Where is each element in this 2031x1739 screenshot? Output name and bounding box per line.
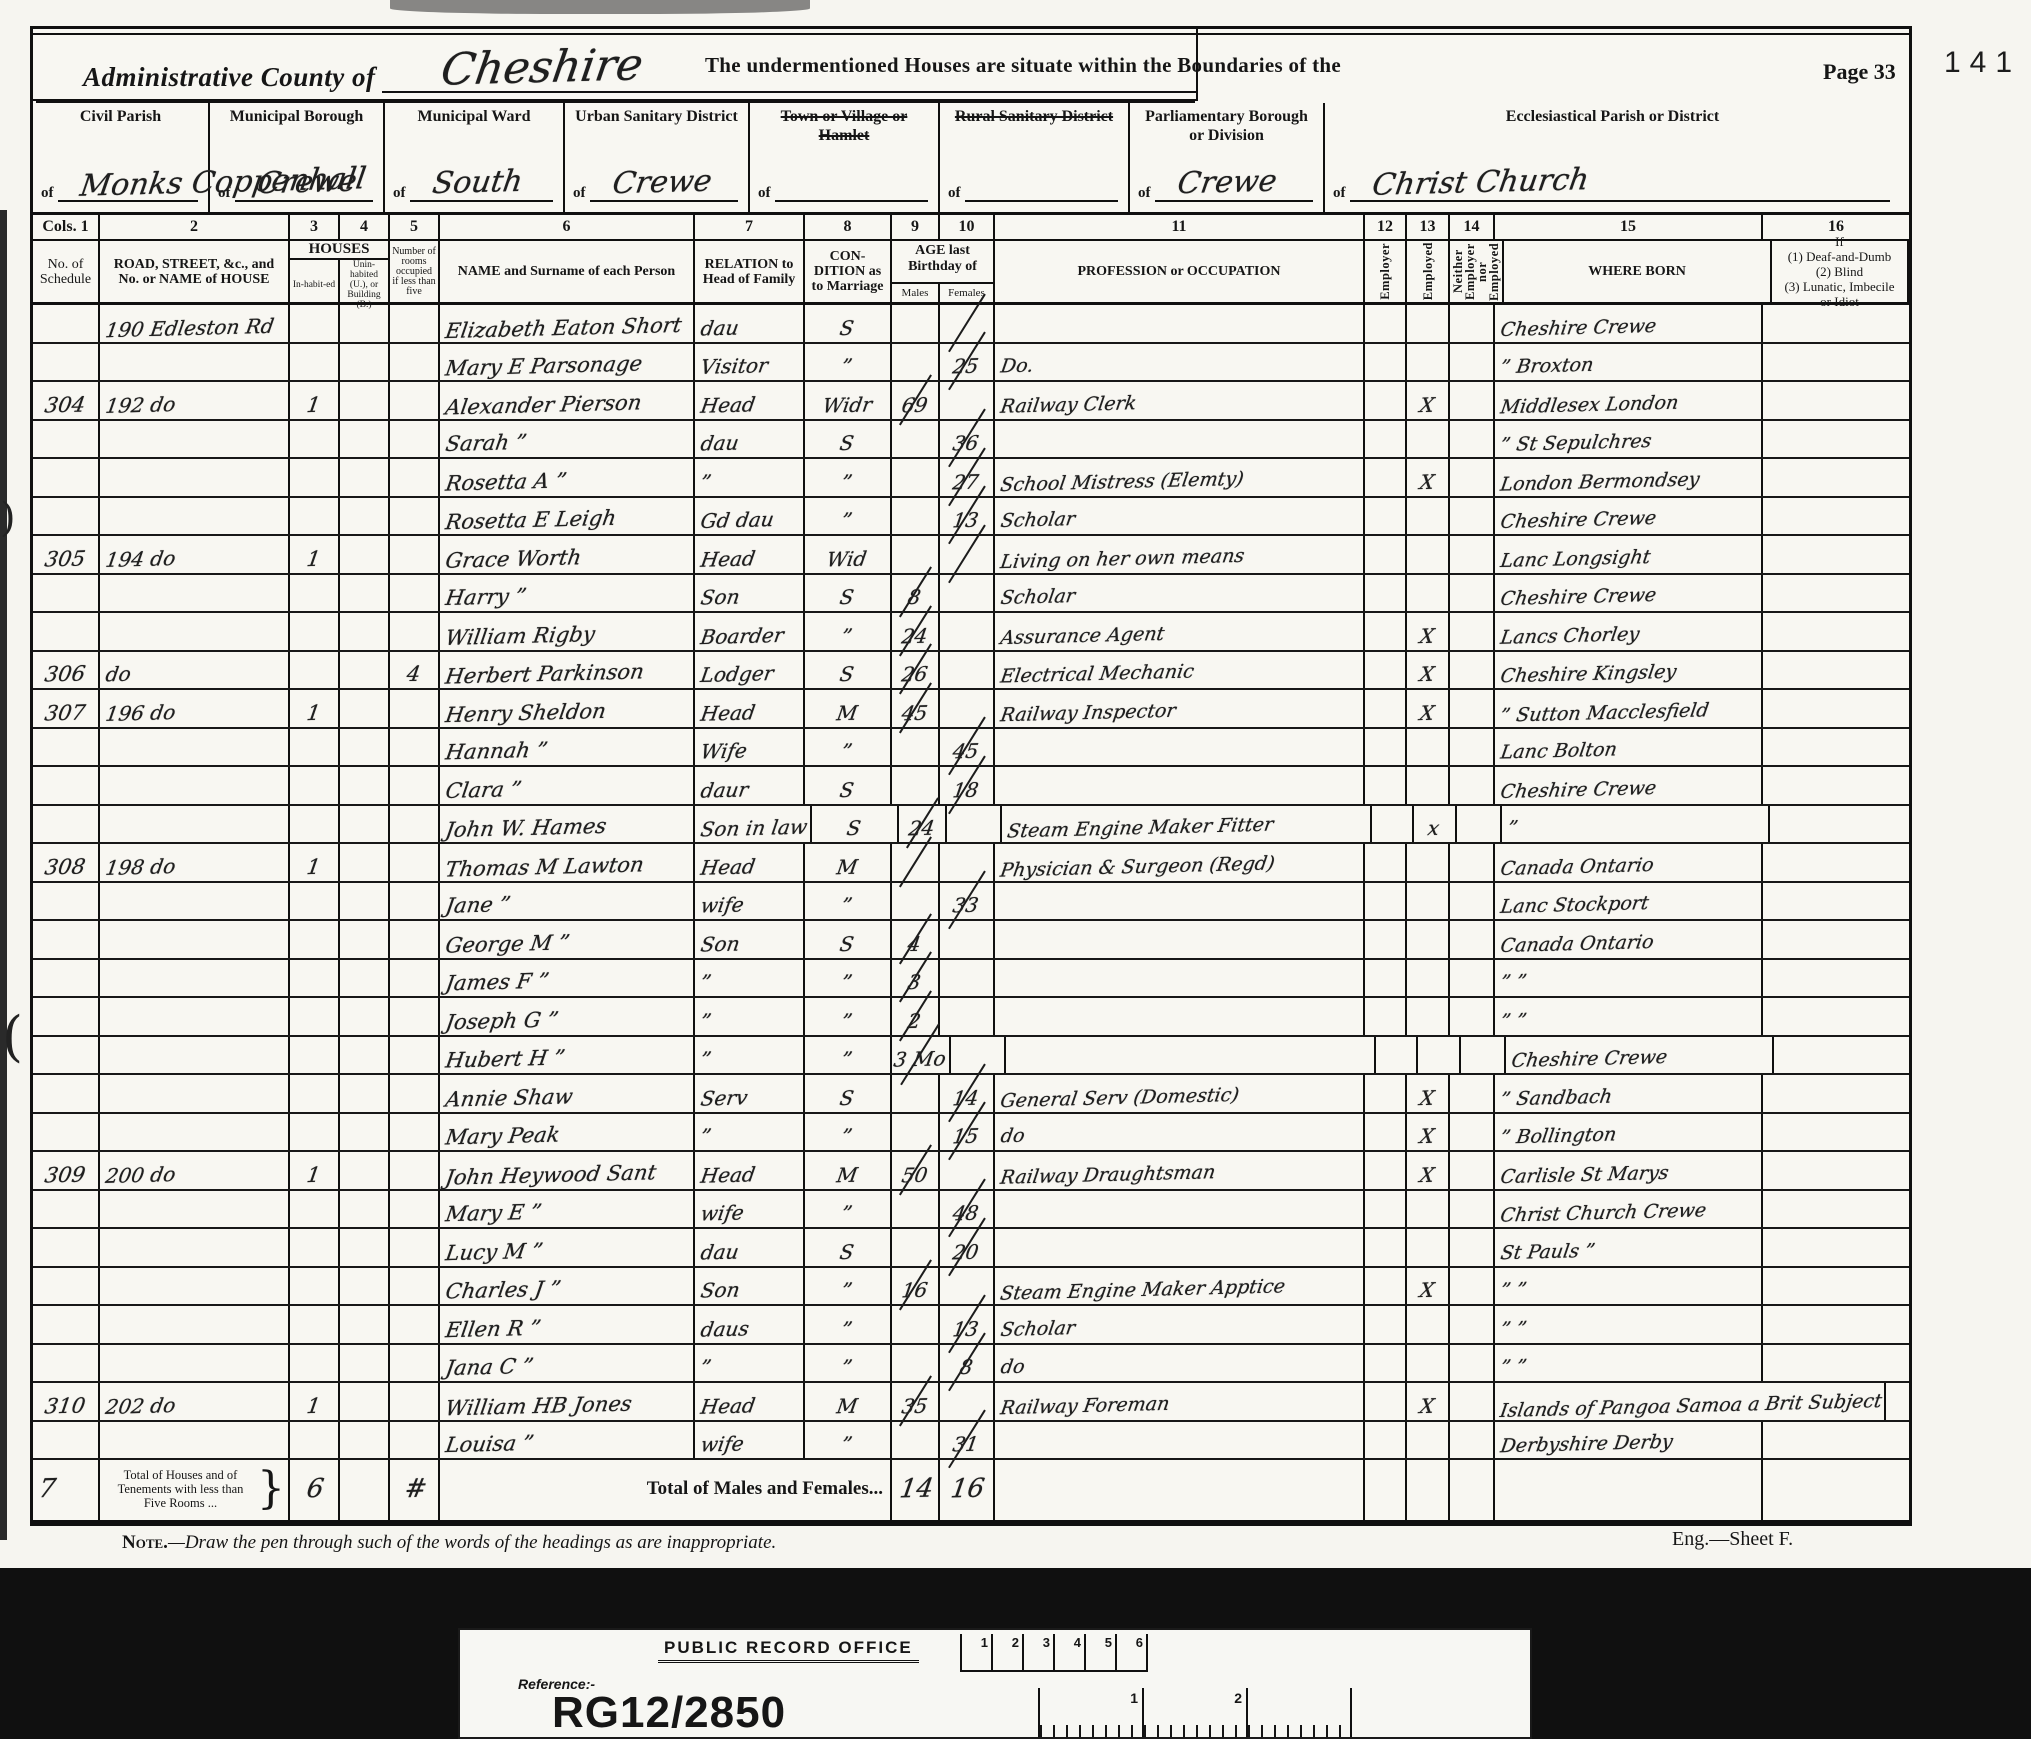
district-value: South [430, 164, 525, 201]
cell-emp [1365, 767, 1407, 804]
cell-f: 15 [940, 1114, 995, 1151]
table-row: 308198 do1Thomas M LawtonHeadMPhysician … [33, 844, 1909, 883]
cell-rel: Boarder [695, 613, 805, 650]
cell-occ: General Serv (Domestic) [995, 1075, 1365, 1112]
cell-emp [1365, 1075, 1407, 1112]
cell-born: Cheshire Crewe [1495, 575, 1763, 612]
col-header-infirmities: If (1) Deaf-and-Dumb (2) Blind (3) Lunat… [1772, 241, 1909, 302]
cell-unin [340, 613, 390, 650]
cell-rel: Head [695, 382, 805, 419]
cell-occ [995, 883, 1365, 920]
cell-born: Canada Ontario [1495, 844, 1763, 881]
cell-road: 192 do [100, 382, 290, 419]
col-header-rooms: Number of rooms occupied if less than fi… [390, 241, 440, 302]
cell-rooms [390, 459, 440, 496]
cell-cond: ” [805, 498, 892, 535]
cell-cond: M [805, 844, 892, 881]
cell-nei [1450, 305, 1495, 342]
cell-rel: Son [695, 575, 805, 612]
ruler-cell: 2 [1144, 1688, 1248, 1737]
table-row: Lucy M ”dauS20St Pauls ” [33, 1229, 1909, 1268]
cell-nei [1450, 1306, 1495, 1343]
cell-rooms [390, 767, 440, 804]
cell-rel: wife [695, 1191, 805, 1228]
cell-emp [1365, 1306, 1407, 1343]
cell-rel: Son [695, 1268, 805, 1305]
cell-unin [340, 498, 390, 535]
col-header-employed: Employed [1407, 241, 1450, 302]
table-row: Harry ”SonS8ScholarCheshire Crewe [33, 575, 1909, 614]
col-number: 6 [440, 215, 695, 239]
cell-unin [340, 1383, 390, 1420]
cell-m [892, 1114, 940, 1151]
totals-inhabited: 6 [290, 1460, 340, 1520]
cell-nei [1450, 729, 1495, 766]
totals-houses-label: Total of Houses and of Tenements with le… [100, 1460, 290, 1520]
cell-emp [1365, 421, 1407, 458]
cell-f [940, 305, 995, 342]
district-label: Rural Sanitary District [940, 107, 1128, 126]
cell-empd: X [1407, 652, 1450, 689]
cell-cond: S [805, 421, 892, 458]
cell-inh: 1 [290, 690, 340, 727]
cell-rooms [390, 575, 440, 612]
cell-f [940, 613, 995, 650]
cell-emp [1372, 806, 1414, 843]
cell-rel: ” [695, 1037, 805, 1074]
district-label: Civil Parish [33, 107, 208, 126]
cell-empd [1407, 998, 1450, 1035]
cell-inf [1763, 498, 1909, 535]
cell-inh: 1 [290, 1383, 340, 1420]
sheet-label: Eng.—Sheet F. [1672, 1528, 1793, 1551]
cell-empd [1407, 767, 1450, 804]
cell-empd [1407, 1306, 1450, 1343]
cell-inh [290, 305, 340, 342]
cell-road [100, 1075, 290, 1112]
cell-m [892, 767, 940, 804]
cell-m [892, 1075, 940, 1112]
cell-nei [1450, 1114, 1495, 1151]
cell-occ [995, 1191, 1365, 1228]
cell-inh [290, 652, 340, 689]
ruler-cell: 4 [1055, 1634, 1086, 1672]
cell-cond: ” [805, 1037, 892, 1074]
cell-inh [290, 960, 340, 997]
table-row: 304192 do1Alexander PiersonHeadWidr69Rai… [33, 382, 1909, 421]
cell-rel: dau [695, 305, 805, 342]
cell-nei [1450, 613, 1495, 650]
cell-inf [1763, 459, 1909, 496]
cell-occ: Railway Foreman [995, 1383, 1365, 1420]
cell-road [100, 459, 290, 496]
district-field: Civil ParishofMonks Coppenhall [33, 103, 210, 212]
cell-m [892, 1422, 940, 1459]
footer-note: Note.—Draw the pen through such of the w… [122, 1532, 776, 1554]
col-header-schedule: No. of Schedule [33, 241, 100, 302]
cell-rooms [390, 1229, 440, 1266]
cell-inf [1763, 998, 1909, 1035]
cell-name: Elizabeth Eaton Short [440, 305, 695, 342]
cell-rel: wife [695, 1422, 805, 1459]
district-value: Crewe [255, 164, 359, 202]
cell-occ [995, 305, 1365, 342]
cell-inh [290, 344, 340, 381]
cell-empd: x [1414, 806, 1457, 843]
cell-road [100, 575, 290, 612]
district-label: Municipal Borough [210, 107, 383, 126]
district-field: Ecclesiastical Parish or DistrictofChris… [1325, 103, 1900, 212]
district-field: Urban Sanitary DistrictofCrewe [565, 103, 750, 212]
cell-rooms [390, 1345, 440, 1382]
table-row: 307196 do1Henry SheldonHeadM45Railway In… [33, 690, 1909, 729]
cell-road [100, 883, 290, 920]
cell-name: George M ” [440, 921, 695, 958]
cell-empd: X [1407, 1075, 1450, 1112]
cell-name: Rosetta A ” [440, 459, 695, 496]
col-header-born: WHERE BORN [1504, 241, 1772, 302]
boundaries-text: The undermentioned Houses are situate wi… [705, 53, 1385, 78]
cell-name: Henry Sheldon [440, 690, 695, 727]
ruler-cell [1248, 1688, 1352, 1737]
cell-m [892, 1191, 940, 1228]
cell-inh [290, 883, 340, 920]
cell-m: 26 [892, 652, 940, 689]
col-header-uninhabited: Unin-habited (U.), or Building (B.) [340, 260, 388, 310]
cell-rooms [390, 344, 440, 381]
cell-inh [290, 575, 340, 612]
cell-sch [33, 998, 100, 1035]
cell-cond: Widr [805, 382, 892, 419]
table-row: 306do4Herbert ParkinsonLodgerS26Electric… [33, 652, 1909, 691]
totals-rooms: # [390, 1460, 440, 1520]
cell-occ [995, 1422, 1365, 1459]
cell-sch: 308 [33, 844, 100, 881]
cell-unin [340, 921, 390, 958]
cell-rel: Wife [695, 729, 805, 766]
district-field: Parliamentary Borough or DivisionofCrewe [1130, 103, 1325, 212]
cell-f: 20 [940, 1229, 995, 1266]
cell-unin [340, 806, 390, 843]
cell-empd [1407, 575, 1450, 612]
ruler-cell: 2 [993, 1634, 1024, 1672]
cell-empd [1407, 305, 1450, 342]
cell-nei [1450, 652, 1495, 689]
cell-empd [1407, 1345, 1450, 1382]
cell-unin [340, 382, 390, 419]
cell-inf [1763, 844, 1909, 881]
col-number: 7 [695, 215, 805, 239]
cell-unin [340, 1345, 390, 1382]
cell-unin [340, 844, 390, 881]
cell-f [940, 1152, 995, 1189]
cell-emp [1365, 1268, 1407, 1305]
district-field: Town or Village or Hamletof [750, 103, 940, 212]
cell-emp [1365, 1229, 1407, 1266]
cell-cond: S [805, 1075, 892, 1112]
cell-rel: Lodger [695, 652, 805, 689]
cell-emp [1365, 652, 1407, 689]
cell-emp [1365, 960, 1407, 997]
cell-unin [340, 998, 390, 1035]
cell-born: Canada Ontario [1495, 921, 1763, 958]
cell-rel: Son [695, 921, 805, 958]
cell-name: Louisa ” [440, 1422, 695, 1459]
cell-occ: Railway Inspector [995, 690, 1365, 727]
cell-born: Cheshire Crewe [1495, 767, 1763, 804]
cell-inh [290, 729, 340, 766]
cell-nei [1450, 536, 1495, 573]
cell-inh [290, 1037, 340, 1074]
cell-m [892, 844, 940, 881]
cell-inh [290, 498, 340, 535]
cell-name: Clara ” [440, 767, 695, 804]
cell-f: 31 [940, 1422, 995, 1459]
ruler-scale-bottom: 12 [1038, 1688, 1352, 1737]
district-label: Municipal Ward [385, 107, 563, 126]
cell-nei [1450, 921, 1495, 958]
cell-sch [33, 960, 100, 997]
cell-unin [340, 459, 390, 496]
table-row: Joseph G ”””2” ” [33, 998, 1909, 1037]
ruler-cell: 3 [1024, 1634, 1055, 1672]
cell-rooms [390, 844, 440, 881]
cell-rooms [390, 421, 440, 458]
cell-emp [1365, 844, 1407, 881]
table-row: Mary Peak””15doX” Bollington [33, 1114, 1909, 1153]
cell-sch [33, 498, 100, 535]
cell-road [100, 1345, 290, 1382]
cell-sch: 309 [33, 1152, 100, 1189]
cell-m [892, 729, 940, 766]
cell-unin [340, 1191, 390, 1228]
cell-inf [1763, 421, 1909, 458]
district-value: Crewe [1175, 164, 1279, 202]
cell-rel: Gd dau [695, 498, 805, 535]
cell-occ: Do. [995, 344, 1365, 381]
cell-occ: Steam Engine Maker Fitter [1002, 806, 1372, 843]
cell-unin [340, 1306, 390, 1343]
cell-rel: ” [695, 960, 805, 997]
cell-inh [290, 1075, 340, 1112]
cell-born: ” ” [1495, 960, 1763, 997]
cell-unin [340, 1422, 390, 1459]
cell-inf [1763, 1075, 1909, 1112]
cell-road [100, 960, 290, 997]
form-frame: Administrative County of Cheshire The un… [30, 26, 1912, 1526]
cell-empd [1407, 921, 1450, 958]
scan-mark-artifact: ) [0, 495, 16, 541]
cell-emp [1365, 382, 1407, 419]
table-row: Louisa ”wife”31Derbyshire Derby [33, 1422, 1909, 1461]
cell-born: Cheshire Crewe [1495, 305, 1763, 342]
table-row: Sarah ”dauS36” St Sepulchres [33, 421, 1909, 460]
cell-sch: 305 [33, 536, 100, 573]
cell-occ: Physician & Surgeon (Regd) [995, 844, 1365, 881]
cell-cond: S [805, 652, 892, 689]
cell-rel: daus [695, 1306, 805, 1343]
totals-males-females-label: Total of Males and Females... [440, 1460, 892, 1520]
cell-rel: Head [695, 536, 805, 573]
cell-born: Carlisle St Marys [1495, 1152, 1763, 1189]
cell-born: ” ” [1495, 1345, 1763, 1382]
table-row: 305194 do1Grace WorthHeadWidLiving on he… [33, 536, 1909, 575]
cell-sch [33, 1229, 100, 1266]
cell-inf [1763, 575, 1909, 612]
table-row: Jana C ”””8do” ” [33, 1345, 1909, 1384]
cell-unin [340, 883, 390, 920]
column-headers-row: No. of Schedule ROAD, STREET, &c., and N… [33, 241, 1909, 305]
cell-rel: dau [695, 1229, 805, 1266]
cell-sch [33, 767, 100, 804]
cell-rooms [390, 1191, 440, 1228]
cell-born: Cheshire Crewe [1506, 1037, 1774, 1074]
cell-inh [290, 1422, 340, 1459]
cell-sch [33, 1422, 100, 1459]
cell-born: ” [1502, 806, 1770, 843]
col-header-houses: HOUSES In-habit-ed Unin-habited (U.), or… [290, 241, 390, 302]
cell-sch [33, 729, 100, 766]
cell-rooms [390, 613, 440, 650]
cell-nei [1450, 1268, 1495, 1305]
cell-cond: ” [805, 344, 892, 381]
cell-f [940, 536, 995, 573]
cell-f [940, 382, 995, 419]
cell-unin [340, 1229, 390, 1266]
totals-margin-cell: 7 [33, 1460, 100, 1520]
cell-road [100, 767, 290, 804]
cell-m: 45 [892, 690, 940, 727]
cell-road [100, 1229, 290, 1266]
cell-rooms: 4 [390, 652, 440, 689]
cell-cond: ” [805, 883, 892, 920]
cell-inh: 1 [290, 844, 340, 881]
cell-sch [33, 921, 100, 958]
cell-rel: Visitor [695, 344, 805, 381]
cell-cond: ” [805, 1345, 892, 1382]
cell-emp [1365, 344, 1407, 381]
cell-m [892, 421, 940, 458]
cell-inh [290, 1345, 340, 1382]
cell-inh [290, 421, 340, 458]
cell-inh [290, 1268, 340, 1305]
cell-m [892, 459, 940, 496]
cell-road [100, 1191, 290, 1228]
cell-road: 200 do [100, 1152, 290, 1189]
ruler-cell: 6 [1117, 1634, 1148, 1672]
cell-emp [1365, 1345, 1407, 1382]
cell-rooms [390, 305, 440, 342]
cell-name: Jane ” [440, 883, 695, 920]
cell-empd: X [1407, 690, 1450, 727]
cell-emp [1365, 459, 1407, 496]
cell-unin [340, 1114, 390, 1151]
cell-empd [1407, 1422, 1450, 1459]
cell-rooms [390, 883, 440, 920]
cell-nei [1450, 690, 1495, 727]
cell-sch [33, 1268, 100, 1305]
cell-m: 35 [892, 1383, 940, 1420]
cell-inf [1763, 613, 1909, 650]
cell-sch: 306 [33, 652, 100, 689]
cell-road [100, 806, 290, 843]
cell-occ: Scholar [995, 1306, 1365, 1343]
cell-road: 194 do [100, 536, 290, 573]
col-header-name: NAME and Surname of each Person [440, 241, 695, 302]
cell-rel: ” [695, 1345, 805, 1382]
col-header-relation: RELATION to Head of Family [695, 241, 805, 302]
cell-occ: Electrical Mechanic [995, 652, 1365, 689]
cell-occ [995, 421, 1365, 458]
cell-f [940, 998, 995, 1035]
cell-f [940, 1383, 995, 1420]
col-header-males: Males [892, 284, 940, 302]
cell-cond: ” [805, 998, 892, 1035]
cell-empd: X [1407, 1152, 1450, 1189]
cell-m: 24 [892, 613, 940, 650]
cell-sch [33, 613, 100, 650]
cell-empd: X [1407, 1383, 1450, 1420]
cell-rel: Son in law [695, 806, 812, 843]
cell-nei [1450, 421, 1495, 458]
cell-m: 3 Mo [892, 1037, 951, 1074]
district-label: Urban Sanitary District [565, 107, 748, 126]
col-number: 3 [290, 215, 340, 239]
cell-born: ” St Sepulchres [1495, 421, 1763, 458]
cell-cond: ” [805, 1422, 892, 1459]
cell-cond: M [805, 1383, 892, 1420]
cell-sch: 304 [33, 382, 100, 419]
cell-name: Mary E Parsonage [440, 344, 695, 381]
cell-m: 24 [899, 806, 947, 843]
totals-females: 16 [940, 1460, 995, 1520]
cell-occ [995, 767, 1365, 804]
cell-rooms [390, 998, 440, 1035]
district-value: Christ Church [1370, 162, 1591, 203]
cell-m [892, 1345, 940, 1382]
cell-born: Lancs Chorley [1495, 613, 1763, 650]
cell-nei [1450, 1229, 1495, 1266]
cell-m [892, 1306, 940, 1343]
cell-occ: Living on her own means [995, 536, 1365, 573]
cell-f: 48 [940, 1191, 995, 1228]
column-numbers-row: Cols. 12345678910111213141516 [33, 215, 1909, 241]
cell-m [892, 344, 940, 381]
cell-inh [290, 1229, 340, 1266]
cell-m: 69 [892, 382, 940, 419]
cell-cond: ” [805, 729, 892, 766]
cell-rel: Head [695, 690, 805, 727]
cell-nei [1450, 1383, 1495, 1420]
cell-inf [1763, 1191, 1909, 1228]
cell-f [947, 806, 1002, 843]
cell-rel: ” [695, 1114, 805, 1151]
cell-name: Herbert Parkinson [440, 652, 695, 689]
cell-name: Mary E ” [440, 1191, 695, 1228]
table-row: Charles J ”Son”16Steam Engine Maker Appt… [33, 1268, 1909, 1307]
cell-name: Ellen R ” [440, 1306, 695, 1343]
cell-occ: Scholar [995, 575, 1365, 612]
cell-emp [1365, 305, 1407, 342]
cell-road [100, 1306, 290, 1343]
col-number: 10 [940, 215, 995, 239]
cell-inf [1763, 921, 1909, 958]
administrative-county-value: Cheshire [437, 39, 646, 95]
cell-road [100, 1037, 290, 1074]
cell-emp [1365, 998, 1407, 1035]
cell-cond: ” [805, 1306, 892, 1343]
cell-empd [1407, 536, 1450, 573]
